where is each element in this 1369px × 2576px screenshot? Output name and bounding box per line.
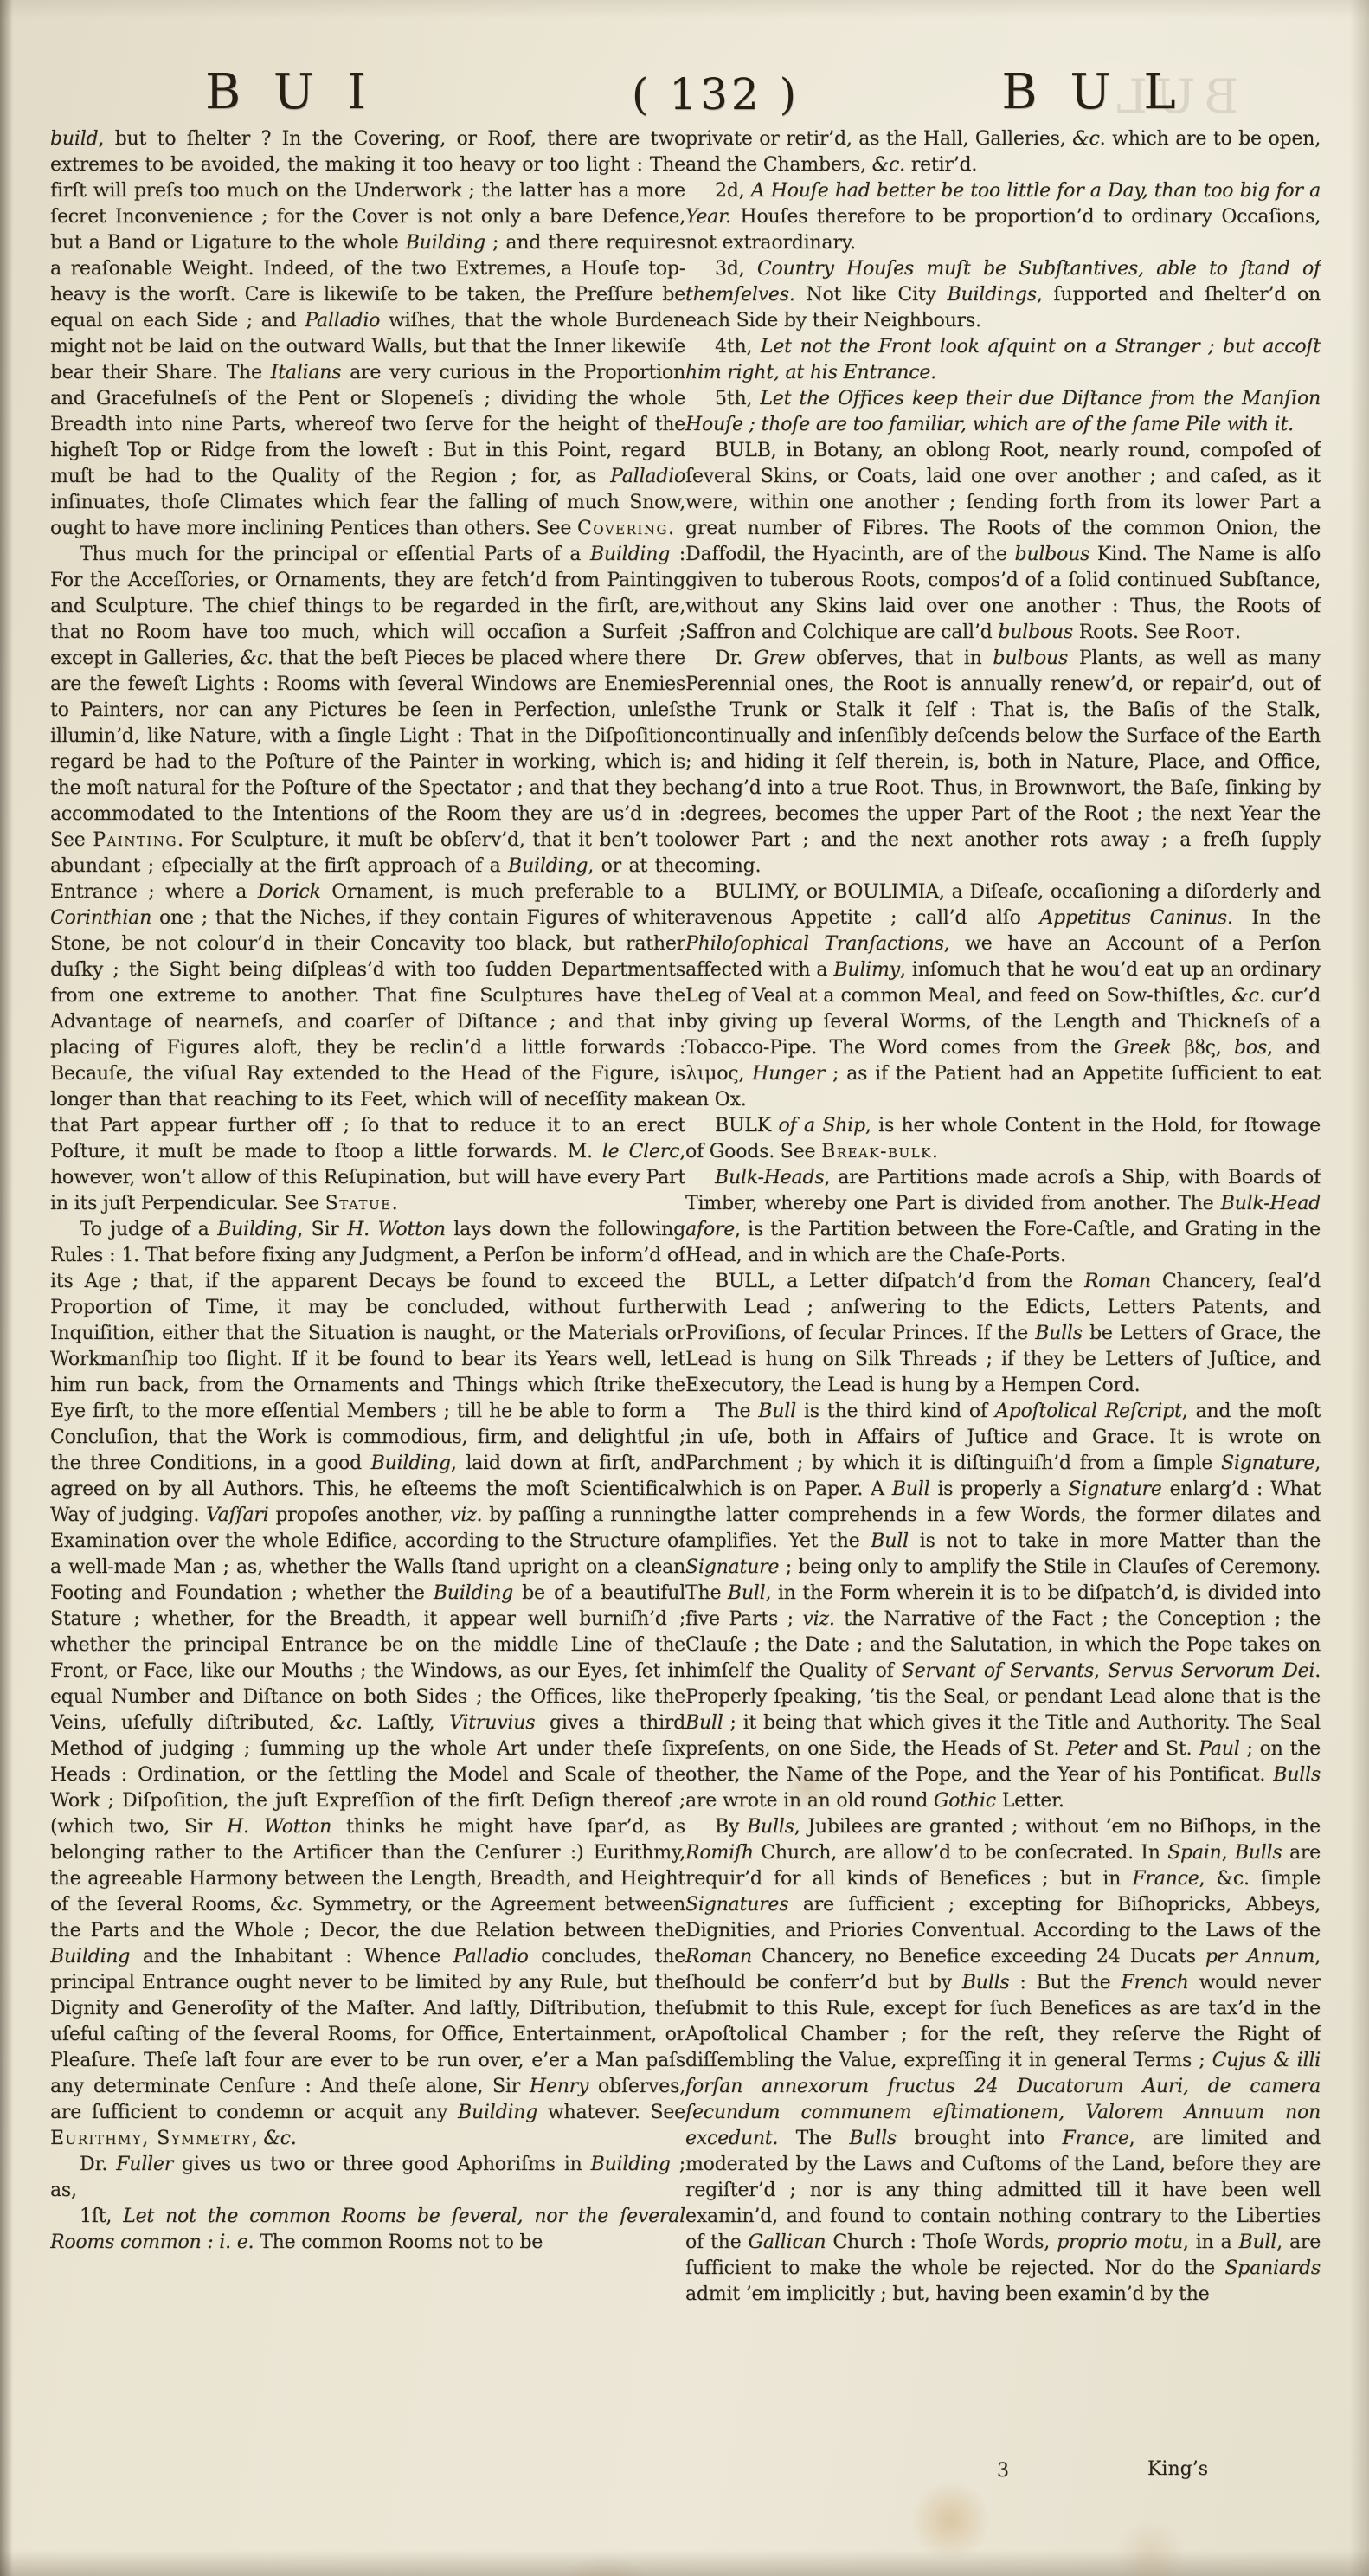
paragraph: BULL, a Letter diſpatch’d from the Roman…: [685, 1269, 1321, 1399]
paragraph: private or retir’d, as the Hall, Galleri…: [685, 126, 1321, 178]
paragraph: 1ſt, Let not the common Rooms be ſeveral…: [50, 2204, 685, 2256]
paragraph: Dr. Grew obſerves, that in bulbous Plant…: [685, 646, 1321, 879]
paragraph: 4th, Let not the Front look aſquint on a…: [685, 334, 1321, 386]
paragraph: BULB, in Botany, an oblong Root, nearly …: [685, 438, 1321, 646]
page-number: ( 132 ): [632, 69, 800, 130]
paragraph: build, but to ſhelter ? In the Covering,…: [50, 126, 685, 542]
catchword: King’s: [1147, 2458, 1208, 2480]
running-head-left: B U I: [205, 64, 375, 125]
paragraph: Thus much for the principal or eſſential…: [50, 542, 685, 1217]
paragraph: To judge of a Building, Sir H. Wotton la…: [50, 1217, 685, 2152]
signature-mark: 3: [997, 2460, 1009, 2482]
paragraph: 3d, Country Houſes muſt be Subſtantives,…: [685, 256, 1321, 334]
paragraph: BULK of a Ship, is her whole Content in …: [685, 1113, 1321, 1165]
paragraph: BULIMY, or BOULIMIA, a Diſeaſe, occaſion…: [685, 879, 1321, 1113]
running-head-right: B U L: [1001, 64, 1184, 125]
paragraph: 5th, Let the Offices keep their due Diſt…: [685, 386, 1321, 438]
paragraph: 2d, A Houſe had better be too little for…: [685, 178, 1321, 256]
paragraph: Bulk-Heads, are Partitions made acroſs a…: [685, 1165, 1321, 1269]
paragraph: Dr. Fuller gives us two or three good Ap…: [50, 2152, 685, 2204]
scanned-encyclopedia-page: BUL B U I ( 132 ) B U L build, but to ſh…: [0, 0, 1369, 2576]
paragraph: The Bull is the third kind of Apoſtolica…: [685, 1399, 1321, 1814]
left-column: build, but to ſhelter ? In the Covering,…: [50, 126, 685, 2502]
right-column: private or retir’d, as the Hall, Galleri…: [685, 126, 1321, 2502]
paragraph: By Bulls, Jubilees are granted ; without…: [685, 1814, 1321, 2308]
